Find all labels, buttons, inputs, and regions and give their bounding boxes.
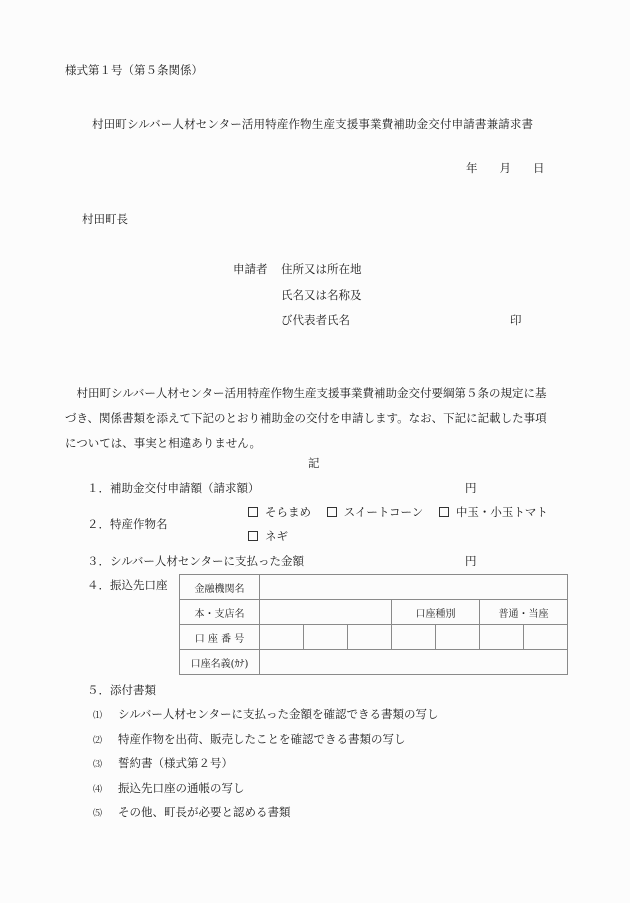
account-holder-field[interactable] [260,650,568,675]
checkbox-icon[interactable] [248,507,258,517]
item4-label: ４．振込先口座 [87,580,168,592]
account-digit-6[interactable] [480,625,524,650]
checkbox-icon[interactable] [327,507,337,517]
branch-name-label: 本・支店名 [180,600,260,625]
crop-option-soramame[interactable]: そらまめ [248,507,311,519]
item2-label: ２．特産作物名 [87,519,168,531]
table-row-branch: 本・支店名 口座種別 普通・当座 [180,600,568,625]
account-digit-7[interactable] [524,625,568,650]
table-row-account-number: 口 座 番 号 [180,625,568,650]
crop-option-negi[interactable]: ネギ [248,531,288,543]
attachment-item: ⑸その他、町長が必要と認める書類 [93,807,291,819]
account-digit-5[interactable] [436,625,480,650]
account-holder-label: 口座名義(ｶﾅ) [180,650,260,675]
item1-unit: 円 [465,483,477,495]
account-type-label: 口座種別 [392,600,480,625]
item3-unit: 円 [465,556,477,568]
account-digit-2[interactable] [304,625,348,650]
crop-option-tomato[interactable]: 中玉・小玉トマト [439,507,548,519]
body-text: 村田町シルバー人材センター活用特産作物生産支援事業費補助金交付要綱第５条の規定に… [65,381,550,456]
ki-heading: 記 [308,458,320,470]
attachment-item: ⑵特産作物を出荷、販売したことを確認できる書類の写し [93,734,406,746]
crop-options-row2: ネギ [248,531,300,543]
addressee: 村田町長 [82,214,128,226]
body-paragraph: 村田町シルバー人材センター活用特産作物生産支援事業費補助金交付要綱第５条の規定に… [65,381,550,456]
date-line: 年月日 [466,163,545,175]
branch-name-field[interactable] [260,600,392,625]
applicant-name-label-1: 氏名又は名称及 [281,290,362,302]
attachment-item: ⑶誓約書（様式第２号） [93,758,233,770]
date-month: 月 [500,163,512,175]
applicant-address-label: 住所又は所在地 [281,264,362,276]
item3-label: ３．シルバー人材センターに支払った金額 [87,556,304,568]
checkbox-icon[interactable] [248,531,258,541]
table-row-bank-name: 金融機関名 [180,575,568,600]
account-type-value[interactable]: 普通・当座 [480,600,568,625]
table-row-account-holder: 口座名義(ｶﾅ) [180,650,568,675]
attachment-item: ⑷振込先口座の通帳の写し [93,783,245,795]
bank-name-label: 金融機関名 [180,575,260,600]
bank-account-table: 金融機関名 本・支店名 口座種別 普通・当座 口 座 番 号 口座名義(ｶﾅ) [179,574,568,675]
form-number: 様式第１号（第５条関係） [65,65,203,77]
document-title: 村田町シルバー人材センター活用特産作物生産支援事業費補助金交付申請書兼請求書 [92,119,533,131]
crop-option-sweetcorn[interactable]: スイートコーン [327,507,424,519]
date-year: 年 [466,163,478,175]
crop-options-row1: そらまめ スイートコーン 中玉・小玉トマト [248,507,560,519]
applicant-label: 申請者 [233,264,268,276]
attachment-item: ⑴シルバー人材センターに支払った金額を確認できる書類の写し [93,709,438,721]
account-digit-4[interactable] [392,625,436,650]
account-digit-1[interactable] [260,625,304,650]
seal-mark: 印 [510,315,522,327]
date-day: 日 [533,163,545,175]
applicant-name-label-2: び代表者氏名 [281,315,350,327]
item1-label: １．補助金交付申請額（請求額） [87,483,260,495]
checkbox-icon[interactable] [439,507,449,517]
item5-label: ５．添付書類 [87,685,156,697]
bank-name-field[interactable] [260,575,568,600]
account-digit-3[interactable] [348,625,392,650]
account-number-label: 口 座 番 号 [180,625,260,650]
